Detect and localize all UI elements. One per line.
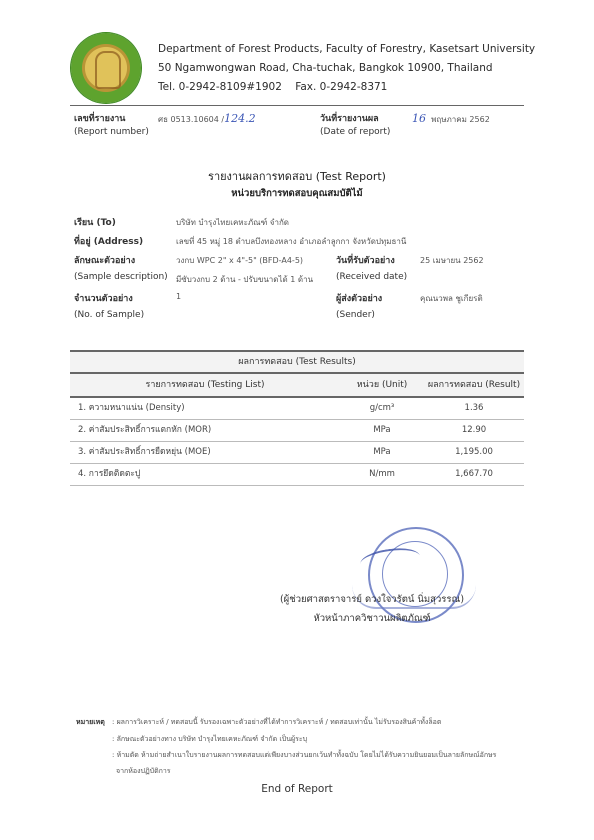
end-of-report: End of Report [0,783,594,795]
table-bottom-rule [70,485,524,486]
header-divider [70,105,524,106]
to-value: บริษัท บำรุงไทยเคหะภัณฑ์ จำกัด [176,216,289,229]
table-row: 2. ค่าสัมประสิทธิ์การแตกหัก (MOR) MPa 12… [70,420,524,441]
sample-label-th: ลักษณะตัวอย่าง [74,253,135,267]
page-title: รายงานผลการทดสอบ (Test Report) [0,167,594,185]
count-label-th: จำนวนตัวอย่าง [74,291,133,305]
report-number-label-en: (Report number) [74,127,149,137]
cell-item: 4. การยึดติดตะปู [70,464,340,485]
to-label: เรียน (To) [74,215,116,229]
header-tel: Tel. 0-2942-8109#1902 [158,81,282,93]
signatory-name: (ผู้ช่วยศาสตราจารย์ ดวงใจวรัตน์ นิ่มสุวร… [0,592,594,607]
cell-item: 2. ค่าสัมประสิทธิ์การแตกหัก (MOR) [70,420,340,441]
address-value: เลขที่ 45 หมู่ 18 ตำบลบึงทองหลาง อำเภอลำ… [176,235,406,248]
header-contact: Tel. 0-2942-8109#1902 Fax. 0-2942-8371 [158,81,387,93]
cell-result: 1,195.00 [424,442,524,463]
report-number-handwritten: 124.2 [224,112,256,125]
address-label: ที่อยู่ (Address) [74,234,143,248]
table-row: 1. ความหนาแน่น (Density) g/cm³ 1.36 [70,398,524,419]
sender-label-en: (Sender) [336,310,375,320]
note-line: : ห้ามตัด ห้ามถ่ายสำเนาใบรายงานผลการทดสอ… [112,750,496,761]
header-department: Department of Forest Products, Faculty o… [158,43,535,55]
cell-unit: MPa [340,442,424,463]
received-label-th: วันที่รับตัวอย่าง [336,253,395,267]
table-row: 4. การยึดติดตะปู N/mm 1,667.70 [70,464,524,485]
results-caption: ผลการทดสอบ (Test Results) [70,352,524,372]
sender-value: คุณนวพล ชูเกียรติ [420,292,483,305]
report-date-day: 16 [412,112,426,125]
header-address: 50 Ngamwongwan Road, Cha-tuchak, Bangkok… [158,62,493,74]
cell-item: 3. ค่าสัมประสิทธิ์การยืดหยุ่น (MOE) [70,442,340,463]
note-line: : ลักษณะตัวอย่างทาง บริษัท บำรุงไทยเคหะภ… [112,734,307,745]
page-subtitle: หน่วยบริการทดสอบคุณสมบัติไม้ [0,186,594,201]
report-date-value: 16 พฤษภาคม 2562 [412,112,490,126]
cell-unit: MPa [340,420,424,441]
count-value: 1 [176,292,181,301]
report-date-rest: พฤษภาคม 2562 [431,115,490,124]
results-table: ผลการทดสอบ (Test Results) รายการทดสอบ (T… [70,350,524,486]
sample-value-1: วงกบ WPC 2" x 4"-5" (BFD-A4-5) [176,254,303,267]
table-header-row: รายการทดสอบ (Testing List) หน่วย (Unit) … [70,374,524,396]
col-header-unit: หน่วย (Unit) [340,374,424,396]
count-label-en: (No. of Sample) [74,310,144,320]
cell-unit: g/cm³ [340,398,424,419]
note-line: : ผลการวิเคราะห์ / ทดสอบนี้ รับรองเฉพาะต… [112,717,441,728]
report-date-label-th: วันที่รายงานผล [320,111,379,125]
note-line: จากห้องปฏิบัติการ [116,766,171,777]
received-label-en: (Received date) [336,272,407,282]
cell-result: 1.36 [424,398,524,419]
sample-label-en: (Sample description) [74,272,168,282]
report-number-label-th: เลขที่รายงาน [74,111,125,125]
report-date-label-en: (Date of report) [320,127,390,137]
report-number-prefix: ศธ 0513.10604 / [158,115,224,124]
table-row: 3. ค่าสัมประสิทธิ์การยืดหยุ่น (MOE) MPa … [70,442,524,463]
header-fax: Fax. 0-2942-8371 [295,81,387,93]
col-header-result: ผลการทดสอบ (Result) [424,374,524,396]
cell-result: 1,667.70 [424,464,524,485]
sample-value-2: มีซับวงกบ 2 ด้าน - ปรับขนาดได้ 1 ด้าน [176,273,313,286]
col-header-item: รายการทดสอบ (Testing List) [70,374,340,396]
sender-label-th: ผู้ส่งตัวอย่าง [336,291,382,305]
signatory-position: หัวหน้าภาควิชาวนผลิตภัณฑ์ [0,611,594,626]
cell-unit: N/mm [340,464,424,485]
notes-label: หมายเหตุ [76,717,105,728]
report-number-value: ศธ 0513.10604 /124.2 [158,112,256,126]
cell-result: 12.90 [424,420,524,441]
cell-item: 1. ความหนาแน่น (Density) [70,398,340,419]
received-value: 25 เมษายน 2562 [420,254,484,267]
university-logo [71,33,141,103]
